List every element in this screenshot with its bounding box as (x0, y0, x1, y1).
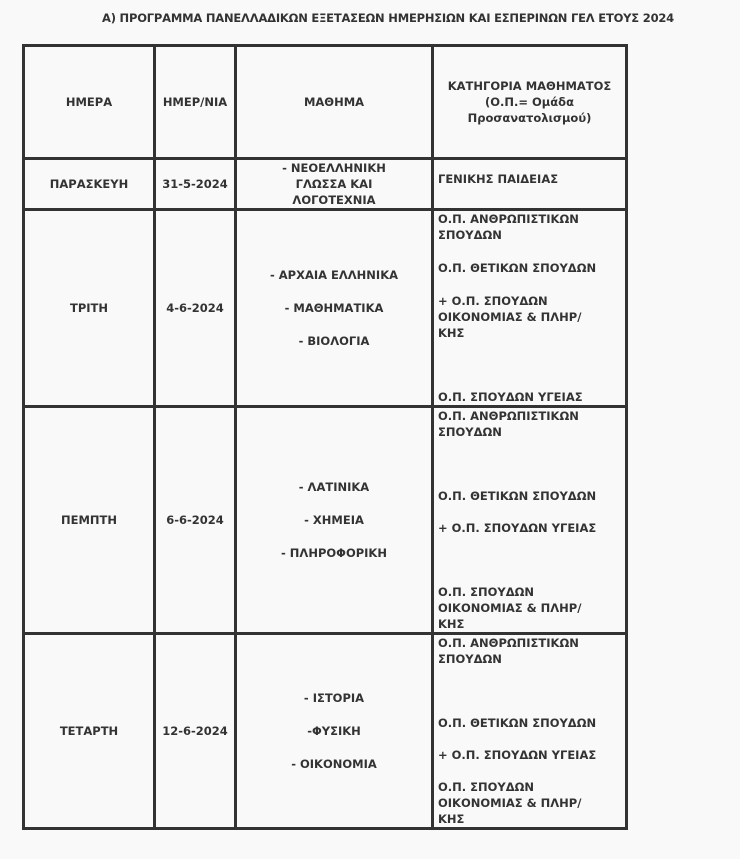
header-category-line: Προσανατολισμού) (438, 110, 621, 126)
subject-item: -ΦΥΣΙΚΗ (241, 723, 427, 739)
table-row: ΠΕΜΠΤΗ 6-6-2024 - ΛΑΤΙΝΙΚΑ - ΧΗΜΕΙΑ - ΠΛ… (24, 407, 627, 634)
category-item: Ο.Π. ΑΝΘΡΩΠΙΣΤΙΚΩΝ ΣΠΟΥΔΩΝ (438, 211, 621, 243)
cell-day: ΠΕΜΠΤΗ (24, 407, 155, 634)
category-item: Ο.Π. ΘΕΤΙΚΩΝ ΣΠΟΥΔΩΝ (438, 488, 621, 504)
subject-item: - ΑΡΧΑΙΑ ΕΛΛΗΝΙΚΑ (241, 267, 427, 283)
table-row: ΤΕΤΑΡΤΗ 12-6-2024 - ΙΣΤΟΡΙΑ -ΦΥΣΙΚΗ - ΟΙ… (24, 634, 627, 829)
category-item: Ο.Π. ΣΠΟΥΔΩΝ ΟΙΚΟΝΟΜΙΑΣ & ΠΛΗΡ/ΚΗΣ (438, 584, 621, 632)
cell-day: ΤΕΤΑΡΤΗ (24, 634, 155, 829)
cell-categories: Ο.Π. ΑΝΘΡΩΠΙΣΤΙΚΩΝ ΣΠΟΥΔΩΝ Ο.Π. ΘΕΤΙΚΩΝ … (433, 210, 627, 407)
category-item: Ο.Π. ΑΝΘΡΩΠΙΣΤΙΚΩΝ ΣΠΟΥΔΩΝ (438, 408, 621, 440)
cell-subjects: - ΑΡΧΑΙΑ ΕΛΛΗΝΙΚΑ - ΜΑΘΗΜΑΤΙΚΑ - ΒΙΟΛΟΓΙ… (236, 210, 433, 407)
header-subject: ΜΑΘΗΜΑ (236, 46, 433, 159)
subject-item: - ΛΑΤΙΝΙΚΑ (241, 479, 427, 495)
exam-schedule-table: ΗΜΕΡΑ ΗΜΕΡ/ΝΙΑ ΜΑΘΗΜΑ ΚΑΤΗΓΟΡΙΑ ΜΑΘΗΜΑΤΟ… (22, 44, 628, 830)
category-item: Ο.Π. ΣΠΟΥΔΩΝ ΥΓΕΙΑΣ (438, 389, 621, 405)
cell-date: 12-6-2024 (155, 634, 236, 829)
subject-item: - ΜΑΘΗΜΑΤΙΚΑ (241, 300, 427, 316)
header-category: ΚΑΤΗΓΟΡΙΑ ΜΑΘΗΜΑΤΟΣ (Ο.Π.= Ομάδα Προσανα… (433, 46, 627, 159)
cell-categories: Ο.Π. ΑΝΘΡΩΠΙΣΤΙΚΩΝ ΣΠΟΥΔΩΝ Ο.Π. ΘΕΤΙΚΩΝ … (433, 634, 627, 829)
header-day: ΗΜΕΡΑ (24, 46, 155, 159)
cell-date: 4-6-2024 (155, 210, 236, 407)
category-item: Ο.Π. ΣΠΟΥΔΩΝ ΟΙΚΟΝΟΜΙΑΣ & ΠΛΗΡ/ΚΗΣ (438, 779, 621, 827)
cell-date: 31-5-2024 (155, 159, 236, 210)
category-item: Ο.Π. ΑΝΘΡΩΠΙΣΤΙΚΩΝ ΣΠΟΥΔΩΝ (438, 635, 621, 667)
cell-subjects: - ΛΑΤΙΝΙΚΑ - ΧΗΜΕΙΑ - ΠΛΗΡΟΦΟΡΙΚΗ (236, 407, 433, 634)
subject-item: - ΝΕΟΕΛΛΗΝΙΚΗ ΓΛΩΣΣΑ ΚΑΙ ΛΟΓΟΤΕΧΝΙΑ (241, 160, 427, 208)
category-item: + Ο.Π. ΣΠΟΥΔΩΝ ΥΓΕΙΑΣ (438, 747, 621, 763)
header-category-line: ΚΑΤΗΓΟΡΙΑ ΜΑΘΗΜΑΤΟΣ (438, 78, 621, 94)
table-row: ΤΡΙΤΗ 4-6-2024 - ΑΡΧΑΙΑ ΕΛΛΗΝΙΚΑ - ΜΑΘΗΜ… (24, 210, 627, 407)
category-item: Ο.Π. ΘΕΤΙΚΩΝ ΣΠΟΥΔΩΝ (438, 715, 621, 731)
header-date: ΗΜΕΡ/ΝΙΑ (155, 46, 236, 159)
header-category-line: (Ο.Π.= Ομάδα (438, 94, 621, 110)
subject-item: - ΙΣΤΟΡΙΑ (241, 690, 427, 706)
cell-subjects: - ΝΕΟΕΛΛΗΝΙΚΗ ΓΛΩΣΣΑ ΚΑΙ ΛΟΓΟΤΕΧΝΙΑ (236, 159, 433, 210)
subject-item: - ΒΙΟΛΟΓΙΑ (241, 333, 427, 349)
category-item: + Ο.Π. ΣΠΟΥΔΩΝ ΥΓΕΙΑΣ (438, 520, 621, 536)
subject-item: - ΧΗΜΕΙΑ (241, 512, 427, 528)
category-item: + Ο.Π. ΣΠΟΥΔΩΝ ΟΙΚΟΝΟΜΙΑΣ & ΠΛΗΡ/ΚΗΣ (438, 293, 621, 341)
cell-categories: ΓΕΝΙΚΗΣ ΠΑΙΔΕΙΑΣ (433, 159, 627, 210)
subject-item: - ΠΛΗΡΟΦΟΡΙΚΗ (241, 545, 427, 561)
cell-day: ΠΑΡΑΣΚΕΥΗ (24, 159, 155, 210)
cell-date: 6-6-2024 (155, 407, 236, 634)
cell-day: ΤΡΙΤΗ (24, 210, 155, 407)
cell-categories: Ο.Π. ΑΝΘΡΩΠΙΣΤΙΚΩΝ ΣΠΟΥΔΩΝ Ο.Π. ΘΕΤΙΚΩΝ … (433, 407, 627, 634)
subject-item: - ΟΙΚΟΝΟΜΙΑ (241, 756, 427, 772)
table-row: ΠΑΡΑΣΚΕΥΗ 31-5-2024 - ΝΕΟΕΛΛΗΝΙΚΗ ΓΛΩΣΣΑ… (24, 159, 627, 210)
cell-subjects: - ΙΣΤΟΡΙΑ -ΦΥΣΙΚΗ - ΟΙΚΟΝΟΜΙΑ (236, 634, 433, 829)
category-item: Ο.Π. ΘΕΤΙΚΩΝ ΣΠΟΥΔΩΝ (438, 260, 621, 276)
category-item: ΓΕΝΙΚΗΣ ΠΑΙΔΕΙΑΣ (438, 171, 621, 187)
table-header-row: ΗΜΕΡΑ ΗΜΕΡ/ΝΙΑ ΜΑΘΗΜΑ ΚΑΤΗΓΟΡΙΑ ΜΑΘΗΜΑΤΟ… (24, 46, 627, 159)
page-title: Α) ΠΡΟΓΡΑΜΜΑ ΠΑΝΕΛΛΑΔΙΚΩΝ ΕΞΕΤΑΣΕΩΝ ΗΜΕΡ… (0, 11, 740, 25)
